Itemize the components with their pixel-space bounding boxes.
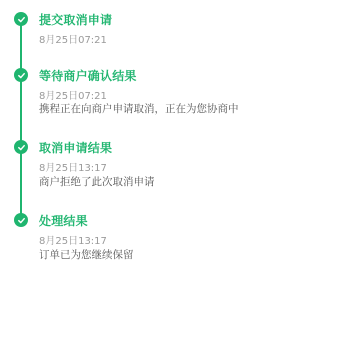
step-title: 取消申请结果 [39,139,112,156]
step-title: 处理结果 [39,212,88,229]
step-time: 8月25日07:21 [39,87,107,102]
step-description: 携程正在向商户申请取消，正在为您协商中 [39,101,239,116]
check-circle-icon [14,213,28,227]
step-description: 商户拒绝了此次取消申请 [39,174,155,189]
step-time: 8月25日13:17 [39,232,107,247]
step-title: 等待商户确认结果 [39,67,137,84]
check-circle-icon [14,12,28,26]
timeline-connector [20,19,22,220]
step-description: 订单已为您继续保留 [39,247,134,262]
step-time: 8月25日13:17 [39,159,107,174]
check-circle-icon [14,140,28,154]
step-time: 8月25日07:21 [39,31,107,46]
step-title: 提交取消申请 [39,11,112,28]
check-circle-icon [14,68,28,82]
